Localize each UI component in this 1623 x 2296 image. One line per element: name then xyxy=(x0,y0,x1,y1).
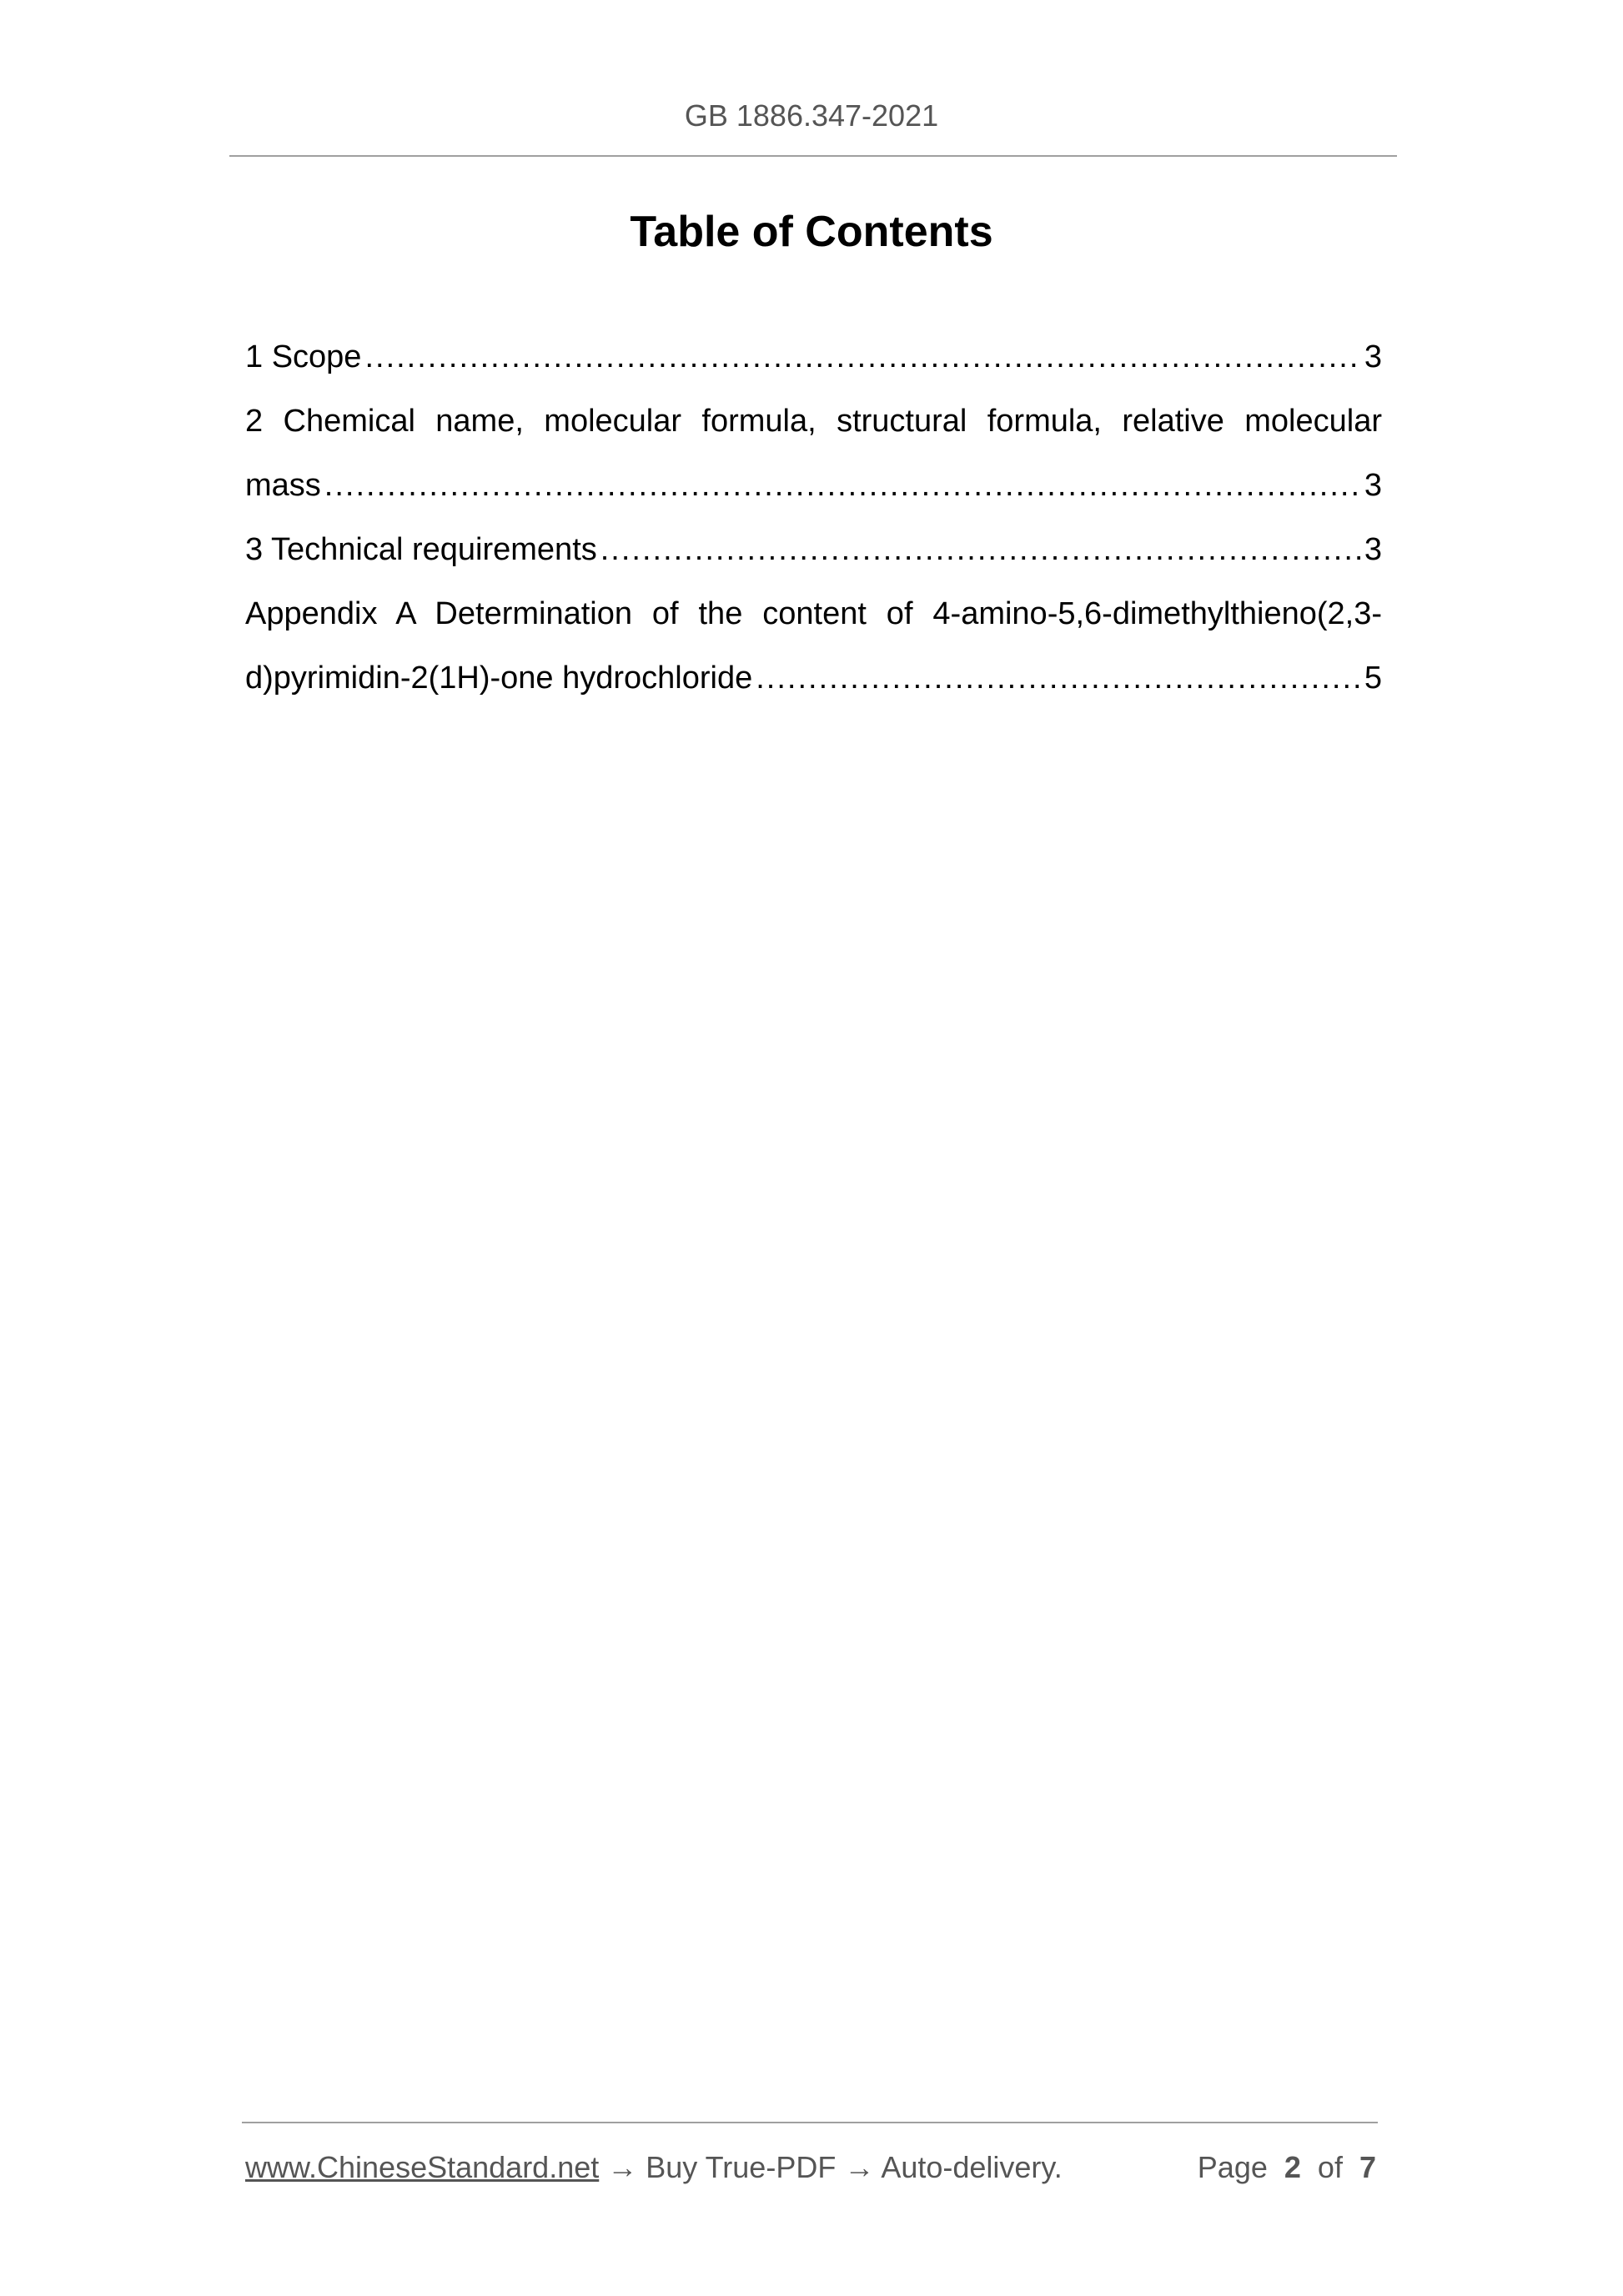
toc-entry-appendix-a-line1[interactable]: Appendix A Determination of the content … xyxy=(245,582,1382,646)
total-pages: 7 xyxy=(1359,2150,1376,2184)
toc-page-number: 3 xyxy=(1364,325,1382,389)
toc-label: 3 Technical requirements xyxy=(245,518,597,582)
toc-leader-dots xyxy=(600,518,1361,582)
document-code: GB 1886.347-2021 xyxy=(0,98,1623,133)
page-footer: www.ChineseStandard.net → Buy True-PDF →… xyxy=(245,2150,1376,2185)
toc-label: 1 Scope xyxy=(245,325,361,389)
footer-tagline: → Buy True-PDF → Auto-delivery. xyxy=(599,2150,1063,2184)
header-divider xyxy=(229,155,1397,157)
toc-leader-dots xyxy=(364,325,1360,389)
toc-entry-chemical-name[interactable]: mass 3 xyxy=(245,454,1382,518)
toc-leader-dots xyxy=(756,646,1361,711)
footer-promo: www.ChineseStandard.net → Buy True-PDF →… xyxy=(245,2150,1063,2185)
table-of-contents: 1 Scope 3 2 Chemical name, molecular for… xyxy=(245,325,1382,711)
toc-page-number: 3 xyxy=(1364,518,1382,582)
toc-leader-dots xyxy=(324,454,1361,518)
page-title: Table of Contents xyxy=(0,207,1623,257)
toc-entry-appendix-a[interactable]: d)pyrimidin-2(1H)-one hydrochloride 5 xyxy=(245,646,1382,711)
page-indicator: Page 2 of 7 xyxy=(1198,2150,1376,2185)
toc-entry-scope[interactable]: 1 Scope 3 xyxy=(245,325,1382,389)
toc-entry-technical-requirements[interactable]: 3 Technical requirements 3 xyxy=(245,518,1382,582)
of-word: of xyxy=(1318,2150,1343,2184)
toc-entry-chemical-name-line1[interactable]: 2 Chemical name, molecular formula, stru… xyxy=(245,389,1382,454)
website-link[interactable]: www.ChineseStandard.net xyxy=(245,2150,599,2184)
toc-label: d)pyrimidin-2(1H)-one hydrochloride xyxy=(245,646,752,711)
page-word: Page xyxy=(1198,2150,1268,2184)
toc-label: mass xyxy=(245,454,321,518)
toc-page-number: 5 xyxy=(1364,646,1382,711)
current-page: 2 xyxy=(1284,2150,1301,2184)
toc-page-number: 3 xyxy=(1364,454,1382,518)
footer-divider xyxy=(242,2122,1378,2123)
